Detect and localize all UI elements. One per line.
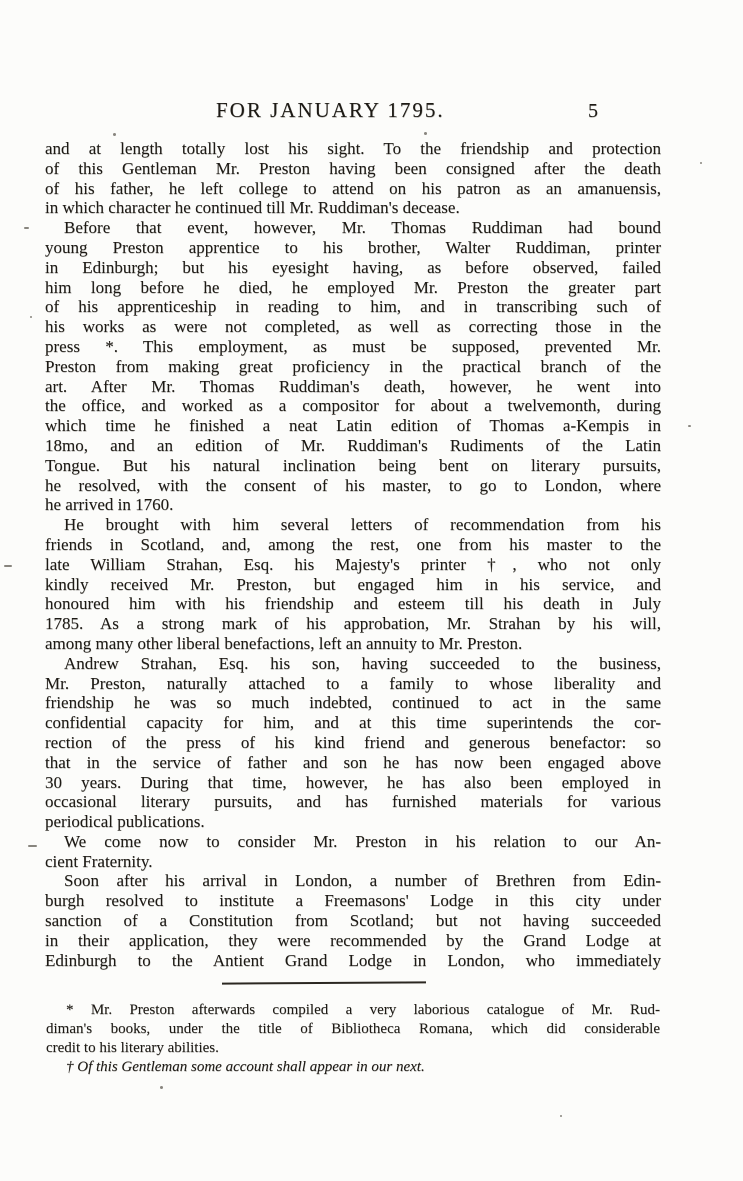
paragraph: Soon after his arrival in London, a numb… bbox=[45, 871, 661, 970]
paragraph: Andrew Strahan, Esq. his son, having suc… bbox=[45, 654, 661, 832]
body-text: and at length totally lost his sight. To… bbox=[45, 139, 661, 970]
text-line: kindly received Mr. Preston, but engaged… bbox=[45, 575, 661, 595]
text-line: honoured him with his friendship and est… bbox=[45, 594, 661, 614]
footnotes: * Mr. Preston afterwards compiled a very… bbox=[46, 1001, 660, 1077]
footnote: * Mr. Preston afterwards compiled a very… bbox=[46, 1001, 660, 1058]
text-line: 30 years. During that time, however, he … bbox=[45, 773, 661, 793]
text-line: the office, and worked as a compositor f… bbox=[45, 396, 661, 416]
paragraph: We come now to consider Mr. Preston in h… bbox=[45, 832, 661, 872]
scan-speck bbox=[113, 133, 116, 136]
scan-speck bbox=[30, 316, 32, 318]
footnote: † Of this Gentleman some account shall a… bbox=[46, 1058, 660, 1077]
text-line: diman's books, under the title of Biblio… bbox=[46, 1020, 660, 1039]
text-line: occasional literary pursuits, and has fu… bbox=[45, 792, 661, 812]
text-line: in Edinburgh; but his eyesight having, a… bbox=[45, 258, 661, 278]
text-line: 18mo, and an edition of Mr. Ruddiman's R… bbox=[45, 436, 661, 456]
scan-speck bbox=[160, 1086, 163, 1089]
text-line: * Mr. Preston afterwards compiled a very… bbox=[46, 1001, 660, 1020]
scan-speck bbox=[24, 227, 29, 229]
text-line: of his apprenticeship in reading to him,… bbox=[45, 297, 661, 317]
paragraph: Before that event, however, Mr. Thomas R… bbox=[45, 218, 661, 515]
text-line: press *. This employment, as must be sup… bbox=[45, 337, 661, 357]
text-line: Preston from making great proficiency in… bbox=[45, 357, 661, 377]
text-line: credit to his literary abilities. bbox=[46, 1039, 660, 1058]
paragraph: and at length totally lost his sight. To… bbox=[45, 139, 661, 218]
page-number: 5 bbox=[588, 100, 598, 123]
text-line: sanction of a Constitution from Scotland… bbox=[45, 911, 661, 931]
paragraph: He brought with him several letters of r… bbox=[45, 515, 661, 654]
text-line: that in the service of father and son he… bbox=[45, 753, 661, 773]
text-line: young Preston apprentice to his brother,… bbox=[45, 238, 661, 258]
text-line: burgh resolved to institute a Freemasons… bbox=[45, 891, 661, 911]
scan-speck bbox=[424, 132, 427, 135]
text-line: Tongue. But his natural inclination bein… bbox=[45, 456, 661, 476]
scan-speck bbox=[28, 845, 37, 847]
scan-speck bbox=[700, 162, 702, 164]
text-line: rection of the press of his kind friend … bbox=[45, 733, 661, 753]
text-line: Mr. Preston, naturally attached to a fam… bbox=[45, 674, 661, 694]
text-line: Before that event, however, Mr. Thomas R… bbox=[45, 218, 661, 238]
text-line: cient Fraternity. bbox=[45, 852, 661, 872]
text-line: † Of this Gentleman some account shall a… bbox=[46, 1058, 660, 1077]
text-line: friendship he was so much indebted, cont… bbox=[45, 693, 661, 713]
text-line: art. After Mr. Thomas Ruddiman's death, … bbox=[45, 377, 661, 397]
text-line: confidential capacity for him, and at th… bbox=[45, 713, 661, 733]
text-line: 1785. As a strong mark of his approbatio… bbox=[45, 614, 661, 634]
text-line: We come now to consider Mr. Preston in h… bbox=[45, 832, 661, 852]
text-line: he arrived in 1760. bbox=[45, 495, 661, 515]
text-line: in their application, they were recommen… bbox=[45, 931, 661, 951]
text-line: in which character he continued till Mr.… bbox=[45, 198, 661, 218]
text-line: Andrew Strahan, Esq. his son, having suc… bbox=[45, 654, 661, 674]
text-line: late William Strahan, Esq. his Majesty's… bbox=[45, 555, 661, 575]
text-line: He brought with him several letters of r… bbox=[45, 515, 661, 535]
text-line: he resolved, with the consent of his mas… bbox=[45, 476, 661, 496]
text-line: which time he finished a neat Latin edit… bbox=[45, 416, 661, 436]
scanned-page: FOR JANUARY 1795. 5 and at length totall… bbox=[0, 0, 743, 1181]
text-line: Edinburgh to the Antient Grand Lodge in … bbox=[45, 951, 661, 971]
text-line: Soon after his arrival in London, a numb… bbox=[45, 871, 661, 891]
scan-speck bbox=[4, 565, 12, 567]
text-line: and at length totally lost his sight. To… bbox=[45, 139, 661, 159]
footnote-rule bbox=[222, 981, 426, 984]
text-line: of his father, he left college to attend… bbox=[45, 179, 661, 199]
text-line: friends in Scotland, and, among the rest… bbox=[45, 535, 661, 555]
text-line: his works as were not completed, as well… bbox=[45, 317, 661, 337]
scan-speck bbox=[560, 1115, 562, 1117]
scan-speck bbox=[688, 425, 691, 427]
text-line: periodical publications. bbox=[45, 812, 661, 832]
running-title: FOR JANUARY 1795. bbox=[216, 98, 445, 123]
text-line: among many other liberal benefactions, l… bbox=[45, 634, 661, 654]
text-line: of this Gentleman Mr. Preston having bee… bbox=[45, 159, 661, 179]
text-line: him long before he died, he employed Mr.… bbox=[45, 278, 661, 298]
